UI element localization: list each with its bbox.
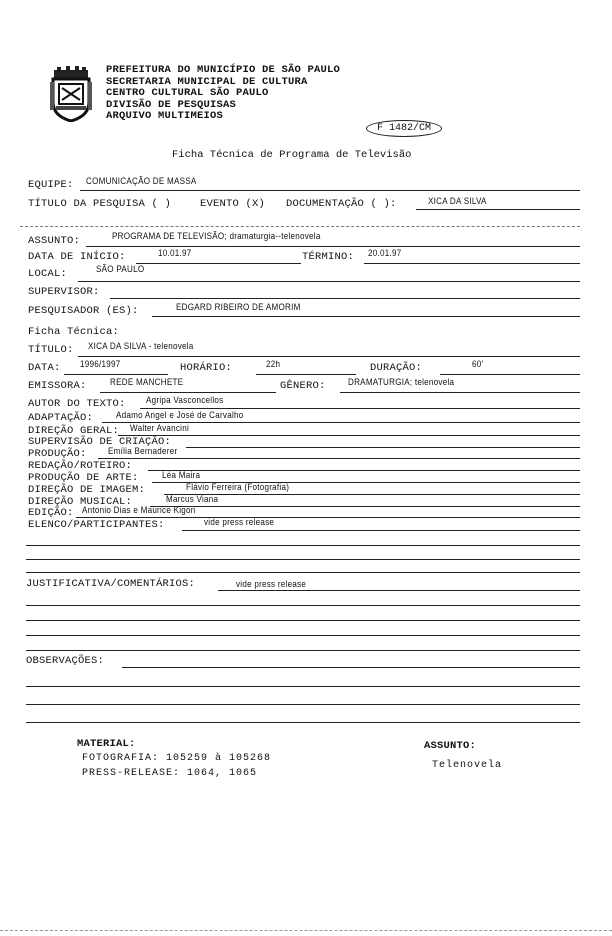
titulo-pesquisa-value: XICA DA SILVA (428, 196, 487, 207)
form-title: Ficha Técnica de Programa de Televisão (172, 149, 411, 161)
header-line: ARQUIVO MULTIMEIOS (106, 111, 340, 123)
genero-label: GÊNERO: (280, 380, 326, 392)
material-press-release: PRESS-RELEASE: 1064, 1065 (82, 768, 257, 779)
supervisor-label: SUPERVISOR: (28, 286, 100, 298)
catalog-stamp: F 1482/CM (366, 120, 442, 137)
observacoes-label: OBSERVAÇÕES: (26, 655, 104, 667)
assunto-label: ASSUNTO: (28, 235, 80, 247)
emissora-value: REDE MANCHETE (110, 377, 183, 388)
autor-label: AUTOR DO TEXTO: (28, 398, 126, 410)
producao-arte-label: PRODUÇÃO DE ARTE: (28, 472, 139, 484)
termino-value: 20.01.97 (368, 248, 401, 259)
pesquisador-value: EDGARD RIBEIRO DE AMORIM (176, 302, 301, 313)
edicao-value: Antonio Dias e Maurice Kigon (82, 505, 196, 516)
direcao-imagem-value: Flávio Ferreira (Fotografia) (186, 482, 289, 493)
pesquisador-label: PESQUISADOR (ES): (28, 305, 139, 317)
assunto-footer-value: Telenovela (432, 760, 502, 771)
data-value: 1996/1997 (80, 359, 120, 370)
horario-value: 22h (266, 359, 280, 370)
elenco-label: ELENCO/PARTICIPANTES: (28, 519, 165, 531)
producao-arte-value: Léa Maira (162, 470, 200, 481)
data-inicio-label: DATA DE INÍCIO: (28, 251, 126, 263)
material-fotografia: FOTOGRAFIA: 105259 à 105268 (82, 753, 271, 764)
data-inicio-value: 10.01.97 (158, 248, 191, 259)
equipe-value: COMUNICAÇÃO DE MASSA (86, 176, 197, 187)
direcao-musical-value: Marcus Viana (166, 494, 218, 505)
evento-checkbox: EVENTO (X) (200, 198, 265, 210)
header-line: PREFEITURA DO MUNICÍPIO DE SÃO PAULO (106, 65, 340, 77)
ficha-tecnica-heading: Ficha Técnica: (28, 326, 119, 338)
edicao-label: EDIÇÃO: (28, 507, 74, 519)
local-label: LOCAL: (28, 268, 67, 280)
emissora-label: EMISSORA: (28, 380, 87, 392)
local-value: SÃO PAULO (96, 264, 144, 275)
producao-value: Emília Bernaderer (108, 446, 177, 457)
producao-label: PRODUÇÃO: (28, 448, 87, 460)
adaptacao-value: Adamo Angel e José de Carvalho (116, 410, 244, 421)
duracao-value: 60' (472, 359, 483, 370)
equipe-label: EQUIPE: (28, 179, 74, 191)
titulo-value: XICA DA SILVA - telenovela (88, 341, 194, 352)
institution-header: PREFEITURA DO MUNICÍPIO DE SÃO PAULO SEC… (106, 65, 340, 123)
direcao-geral-value: Walter Avancini (130, 423, 189, 434)
genero-value: DRAMATURGIA; telenovela (348, 377, 454, 388)
termino-label: TÉRMINO: (302, 251, 354, 263)
justificativa-label: JUSTIFICATIVA/COMENTÁRIOS: (26, 578, 195, 590)
header-line: CENTRO CULTURAL SÃO PAULO (106, 88, 340, 100)
data-label: DATA: (28, 362, 61, 374)
titulo-pesquisa-label: TÍTULO DA PESQUISA ( ) (28, 198, 171, 210)
duracao-label: DURAÇÃO: (370, 362, 422, 374)
direcao-imagem-label: DIREÇÃO DE IMAGEM: (28, 484, 145, 496)
adaptacao-label: ADAPTAÇÃO: (28, 412, 93, 424)
documentacao-checkbox: DOCUMENTAÇÃO ( ): (286, 198, 397, 210)
elenco-value: vide press release (204, 517, 274, 528)
titulo-label: TÍTULO: (28, 344, 74, 356)
autor-value: Agripa Vasconcellos (146, 395, 223, 406)
justificativa-value: vide press release (236, 579, 306, 590)
assunto-value: PROGRAMA DE TELEVISÃO; dramaturgia--tele… (112, 231, 321, 242)
crest-icon (50, 66, 92, 122)
horario-label: HORÁRIO: (180, 362, 232, 374)
redacao-label: REDAÇÃO/ROTEIRO: (28, 460, 132, 472)
assunto-footer-label: ASSUNTO: (424, 740, 476, 752)
material-label: MATERIAL: (77, 738, 136, 750)
